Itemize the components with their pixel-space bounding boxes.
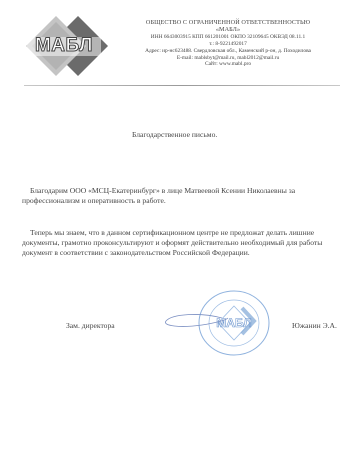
org-phone: т.: 8-9221492017 <box>120 41 336 48</box>
signature <box>160 308 230 338</box>
paragraph-text: Благодарим ООО «МСЦ-Екатеринбург» в лице… <box>22 186 295 205</box>
letter-paragraph: Благодарим ООО «МСЦ-Екатеринбург» в лице… <box>22 186 340 206</box>
org-short-name: «МАБЛ» <box>120 27 336 34</box>
signatory-role: Зам. директора <box>66 321 115 330</box>
org-site: Сайт: www.mabl.pro <box>120 61 336 68</box>
logo-text: МАБЛ <box>26 35 102 57</box>
org-address: Адрес: ир-нс623488. Свердловская обл., К… <box>120 48 336 55</box>
paragraph-text: Теперь мы знаем, что в данном сертификац… <box>22 228 322 257</box>
header-divider <box>24 85 340 86</box>
company-logo: МАБЛ <box>22 12 114 80</box>
letterhead-info: ОБЩЕСТВО С ОГРАНИЧЕННОЙ ОТВЕТСТВЕННОСТЬЮ… <box>120 20 336 68</box>
org-ids: ИНН 6643003915 КПП 661201001 ОКПО 321096… <box>120 34 336 41</box>
signatory-name: Южанин Э.А. <box>292 321 337 330</box>
letter-paragraph: Теперь мы знаем, что в данном сертификац… <box>22 228 340 258</box>
letter-title: Благодарственное письмо. <box>132 130 217 139</box>
signature-scribble-icon <box>160 308 230 338</box>
